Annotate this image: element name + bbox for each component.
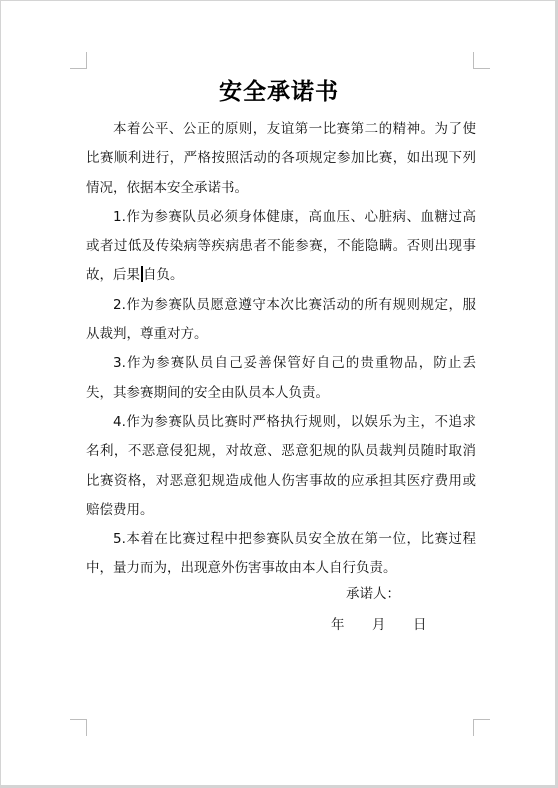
date-day: 日 xyxy=(413,613,454,633)
item-1-paragraph: 1.作为参赛队员必须身体健康，高血压、心脏病、血糖过高或者过低及传染病等疾病患者… xyxy=(86,203,476,291)
document-page[interactable]: 安全承诺书 本着公平、公正的原则，友谊第一比赛第二的精神。为了使比赛顺利进行，严… xyxy=(1,1,555,785)
item-2-paragraph: 2.作为参赛队员愿意遵守本次比赛活动的所有规则规定，服从裁判，尊重对方。 xyxy=(86,291,476,350)
item-5-paragraph: 5.本着在比赛过程中把参赛队员安全放在第一位，比赛过程中，量力而为，出现意外伤害… xyxy=(86,525,476,584)
item-1-text-end: 自负。 xyxy=(143,267,184,283)
item-3-paragraph: 3.作为参赛队员自己妥善保管好自己的贵重物品，防止丢失，其参赛期间的安全由队员本… xyxy=(86,349,476,408)
crop-mark-bottom-right xyxy=(473,719,490,736)
document-title: 安全承诺书 xyxy=(1,73,557,106)
date-year: 年 xyxy=(331,613,372,633)
item-4-paragraph: 4.作为参赛队员比赛时严格执行规则，以娱乐为主，不追求名利，不恶意侵犯规，对故意… xyxy=(86,408,476,525)
date-month: 月 xyxy=(372,613,413,633)
crop-mark-bottom-left xyxy=(70,719,87,736)
document-body[interactable]: 本着公平、公正的原则，友谊第一比赛第二的精神。为了使比赛顺利进行，严格按照活动的… xyxy=(86,115,476,584)
date-line: 年 月 日 xyxy=(331,613,454,633)
crop-mark-top-left xyxy=(70,52,87,69)
signature-label: 承诺人： xyxy=(346,582,400,602)
crop-mark-top-right xyxy=(473,52,490,69)
intro-paragraph: 本着公平、公正的原则，友谊第一比赛第二的精神。为了使比赛顺利进行，严格按照活动的… xyxy=(86,115,476,203)
